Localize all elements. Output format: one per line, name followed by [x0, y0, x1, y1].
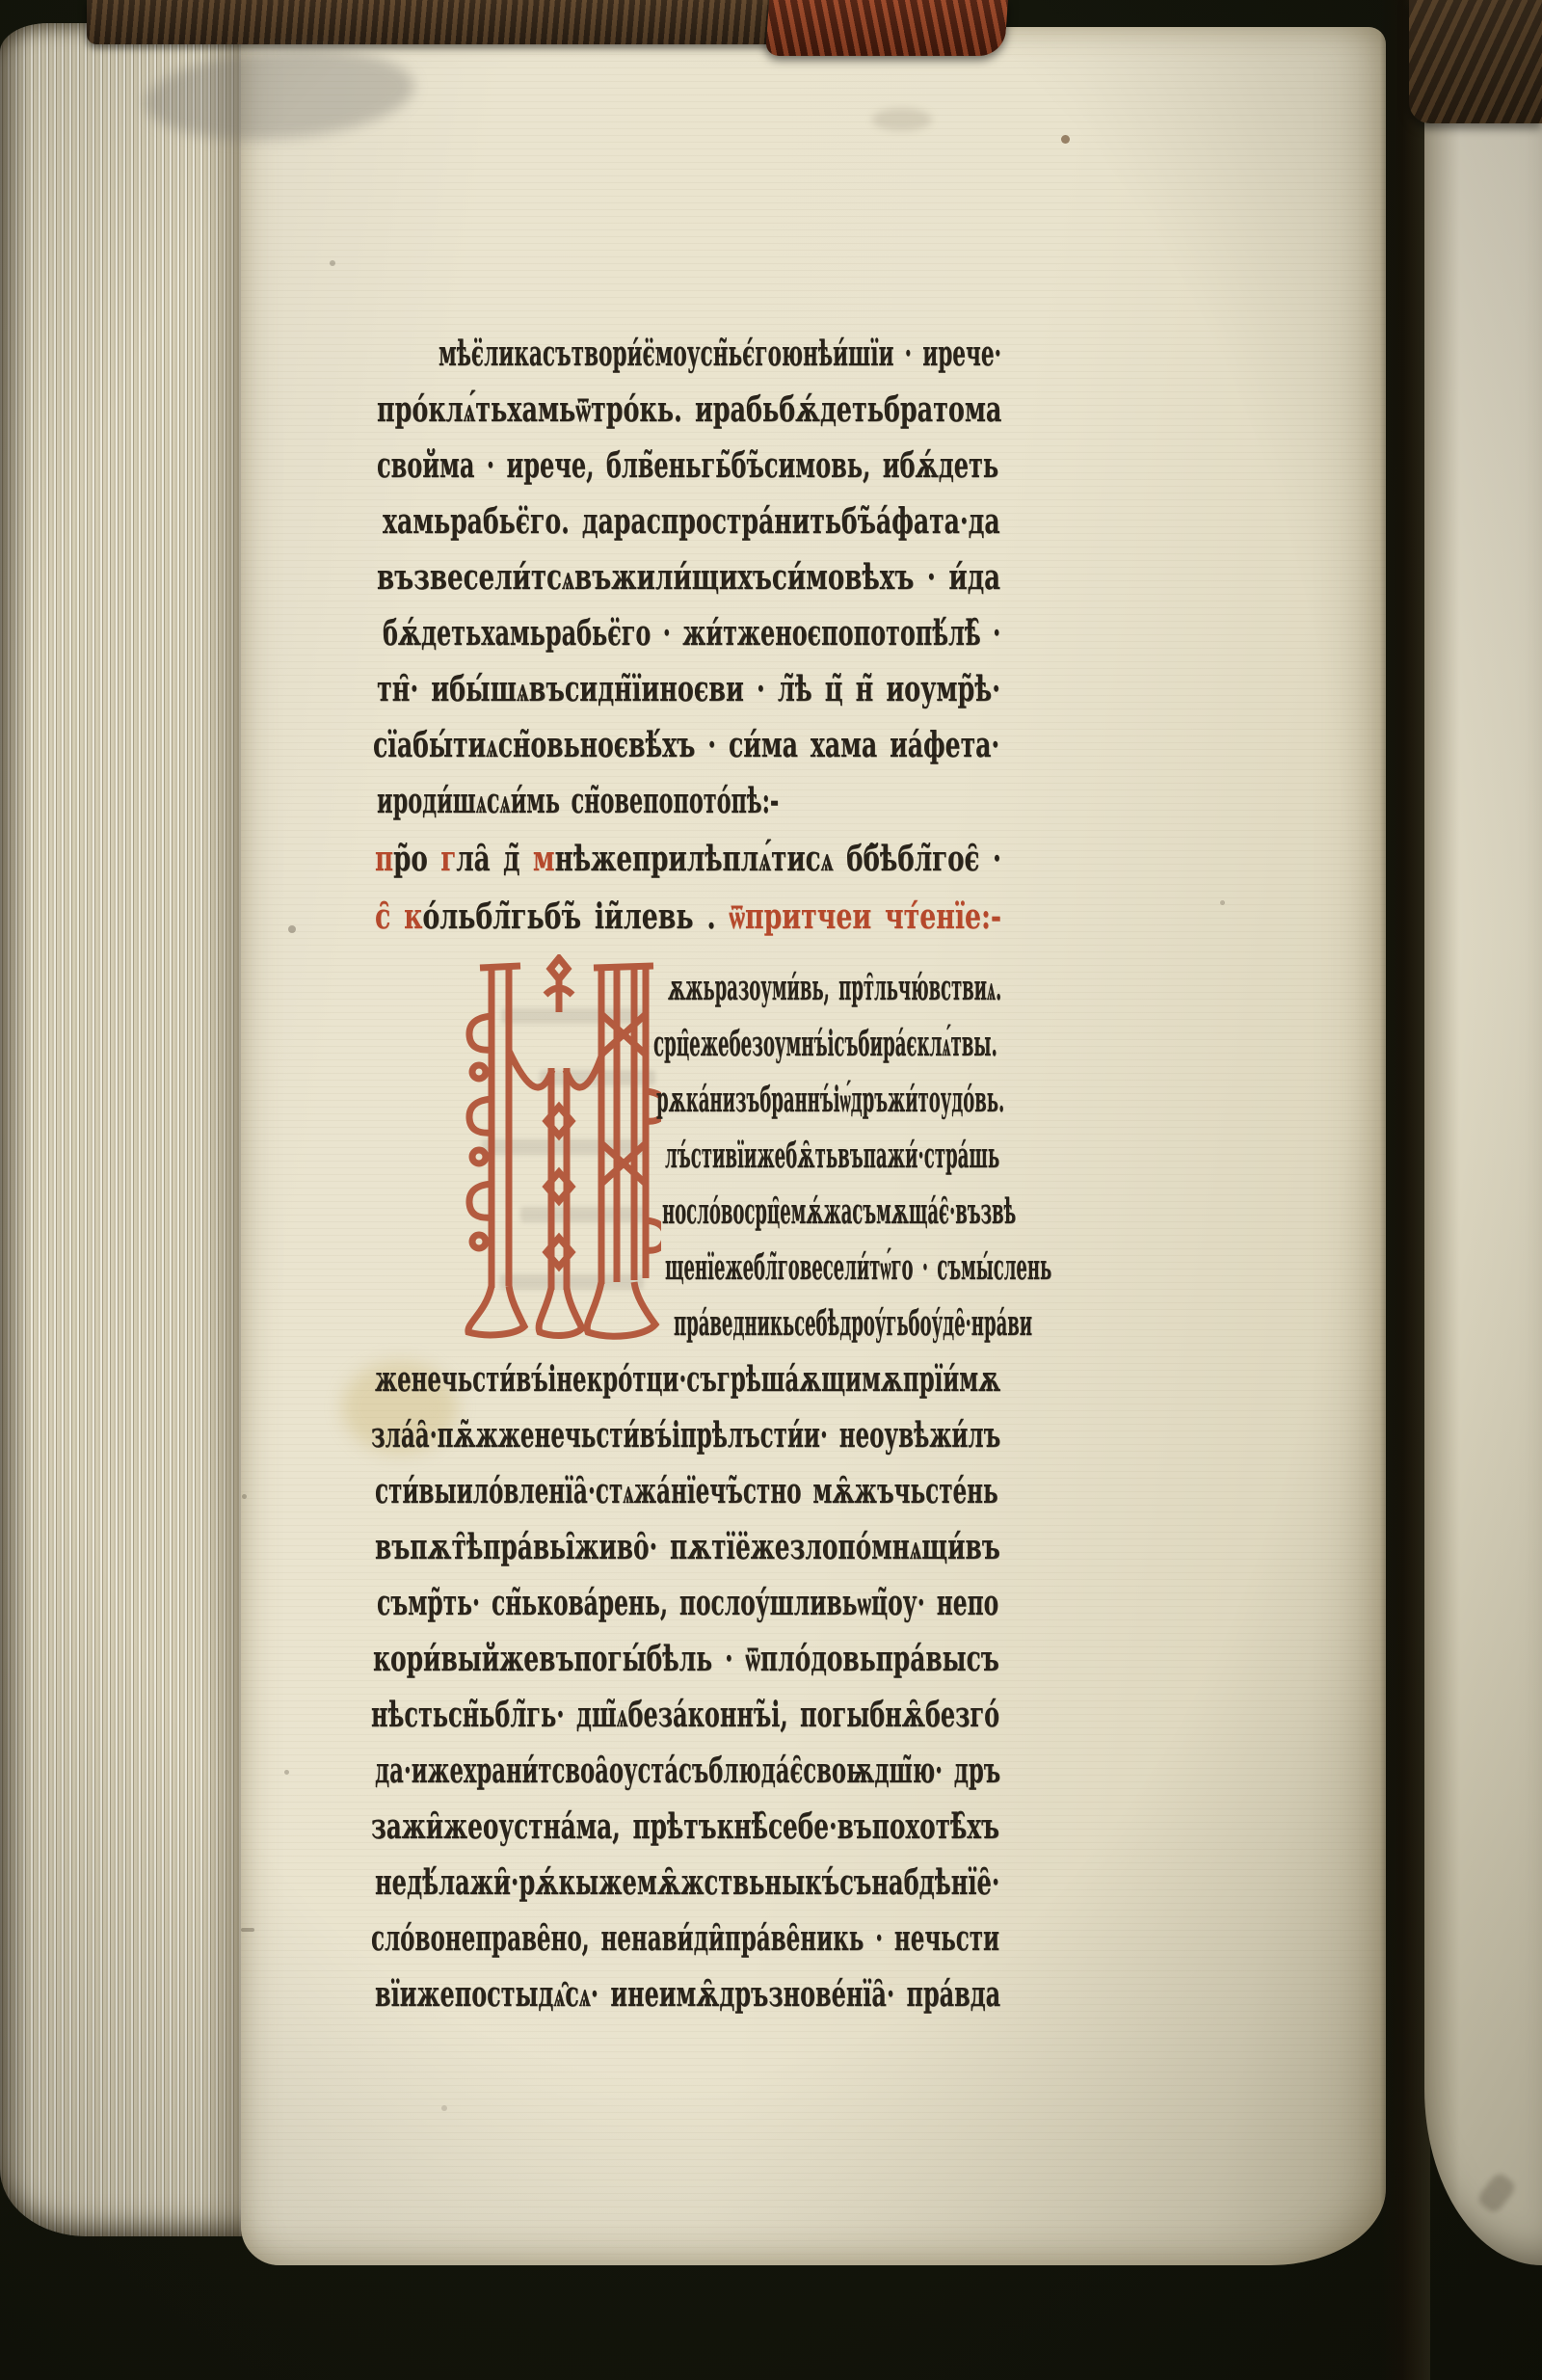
body-text: да·ижехрани́тсвоа̑оуста́съблюда́є̑своѭдш…	[375, 1751, 1000, 1791]
body-text: о́льбл̃гьбъ̃ іи̃левь .	[422, 896, 729, 937]
rubric-text: ѿпритчеи чт́енїе:-	[729, 896, 1001, 937]
text-line: тн̑· ибы́шѧвъсидн̃їиноєви · л̃ѣ ц̃ н̃ ио…	[377, 669, 1000, 709]
body-text: нѣстьсн̃ьбл̃гь· дш̃ѧбеза́коннъ̃і, погыбн…	[371, 1695, 999, 1735]
body-text: лъ́стивїижебѫ̑тьвъпажи́·стра́шь	[665, 1136, 999, 1176]
book-photo: М мѣє̈ликасътвори́є̈моусн̃ьє́гоюнѣи́шїи …	[0, 0, 1542, 2380]
text-line: вїижепостыдѧ̑сѧ· инеимѫ̑дръзнове́нїа̑· п…	[375, 1974, 1000, 2015]
text-line: пр̃о гла̑ д̃ мнѣжеприлѣплѧ́тисѧ бб̃ѣбл̃г…	[375, 839, 1001, 879]
body-text: съмр̃ть· сн̃ькова́рень, послоу́шливьѡц̃о…	[377, 1583, 998, 1623]
text-line: въпѫт̑ѣпра́вьі̑живо̑· пѫтїёжезлопо́мнѧщи…	[375, 1527, 1000, 1567]
body-text: зла́а̑·пѫ̃жженечьсти́въ́іпрѣлъсти́и· нео…	[371, 1415, 1000, 1456]
text-line: зла́а̑·пѫ̃жженечьсти́въ́іпрѣлъсти́и· нео…	[371, 1415, 1000, 1456]
body-text: хамьрабьє̈го. дараспростра́нитьбъ̃а́фата…	[383, 501, 1000, 542]
text-line: ѫжьразоуми́вь, прт̑льчю́вствиѧ.	[668, 968, 1001, 1008]
body-text: сїабы́тиѧсн̃овьноєвѣ́хъ · си́ма хама иа́…	[373, 725, 999, 765]
text-line: про́клѧ́тьхамьѿтро́кь. ирабьбѫ́детьбрато…	[377, 389, 1001, 430]
text-line: носло́восрц̑емѫ́жасъмѫща́є̑·възвѣ	[662, 1191, 1016, 1232]
text-line: сло́вонеправе̑но, ненави́ди̑пра́ве̑никь …	[371, 1918, 999, 1959]
body-text: свойма · ирече, блв̃еньгь̃бъ̃симовь, ибѫ…	[377, 445, 998, 486]
text-line: срц̑ежебезоумнъ́ісъбира́єклѧ́твы.	[653, 1024, 997, 1064]
body-text: зажи̑жеоустна́ма, прѣтъкнѣ̑себе·въпохотѣ…	[371, 1806, 999, 1847]
text-line: нѣстьсн̃ьбл̃гь· дш̃ѧбеза́коннъ̃і, погыбн…	[371, 1695, 999, 1735]
body-text: рѫка́низъбраннъ́іѡ́дръжи́тоудо́вь.	[656, 1080, 1004, 1120]
rubric-text: м	[533, 839, 555, 879]
text-line: недѣ́лажи̑·рѫ́кыжемѫ̑жствьныкъ́сънабдѣнї…	[375, 1862, 999, 1903]
body-text: щенїежебл̃говесели́тѡ́го · съмы́слень	[665, 1247, 1051, 1288]
text-line: щенїежебл̃говесели́тѡ́го · съмы́слень	[665, 1247, 1051, 1288]
text-line: хамьрабьє̈го. дараспростра́нитьбъ̃а́фата…	[383, 501, 1000, 542]
body-text: вїижепостыдѧ̑сѧ· инеимѫ̑дръзнове́нїа̑· п…	[375, 1974, 1000, 2015]
rubric-text: п	[375, 839, 393, 879]
text-line: мѣє̈ликасътвори́є̈моусн̃ьє́гоюнѣи́шїи · …	[439, 334, 1001, 374]
body-text: недѣ́лажи̑·рѫ́кыжемѫ̑жствьныкъ́сънабдѣнї…	[375, 1862, 999, 1903]
text-line: лъ́стивїижебѫ̑тьвъпажи́·стра́шь	[665, 1136, 999, 1176]
text-block: мѣє̈ликасътвори́є̈моусн̃ьє́гоюнѣи́шїи · …	[0, 0, 1542, 2380]
rubric-text: с̑	[375, 896, 404, 937]
body-text: ироди́шѧсѧи́мь сн̃овепопото́пѣ:-	[377, 781, 779, 821]
text-line: зажи̑жеоустна́ма, прѣтъкнѣ̑себе·въпохотѣ…	[371, 1806, 999, 1847]
text-line: пра́ведникьсебѣдроу́гьбоу́де̑·нра́ви	[674, 1303, 1032, 1344]
body-text: срц̑ежебезоумнъ́ісъбира́єклѧ́твы.	[653, 1024, 997, 1064]
text-line: възвесели́тсѧвъжили́щихъси́мовѣхъ · и́да	[377, 557, 1000, 598]
text-line: бѫ́детьхамьрабьє̈го · жи́тженоєпопотопѣ́…	[383, 613, 1000, 654]
body-text: мѣє̈ликасътвори́є̈моусн̃ьє́гоюнѣи́шїи · …	[439, 334, 1001, 374]
body-text: р̃о	[393, 839, 440, 879]
body-text: сти́выило́вленїа̑·стѧжа́нїечъ̃стно мѫ̑жъ…	[375, 1471, 998, 1511]
text-line: съмр̃ть· сн̃ькова́рень, послоу́шливьѡц̃о…	[377, 1583, 998, 1623]
text-line: ироди́шѧсѧи́мь сн̃овепопото́пѣ:-	[377, 781, 779, 821]
body-text: възвесели́тсѧвъжили́щихъси́мовѣхъ · и́да	[377, 557, 1000, 598]
body-text: про́клѧ́тьхамьѿтро́кь. ирабьбѫ́детьбрато…	[377, 389, 1001, 430]
text-line: женечьсти́въ́інекро́тци·съгрѣша́ѫщимѫпрї…	[375, 1359, 1000, 1400]
text-line: сти́выило́вленїа̑·стѧжа́нїечъ̃стно мѫ̑жъ…	[375, 1471, 998, 1511]
body-text: бѫ́детьхамьрабьє̈го · жи́тженоєпопотопѣ́…	[383, 613, 1000, 654]
text-line: свойма · ирече, блв̃еньгь̃бъ̃симовь, ибѫ…	[377, 445, 998, 486]
body-text: кори́выйжевъпогы́бѣль · ѿпло́довьпра́выс…	[373, 1639, 999, 1679]
text-line: сїабы́тиѧсн̃овьноєвѣ́хъ · си́ма хама иа́…	[373, 725, 999, 765]
body-text: женечьсти́въ́інекро́тци·съгрѣша́ѫщимѫпрї…	[375, 1359, 1000, 1400]
body-text: д̃	[503, 839, 533, 879]
body-text: ѫжьразоуми́вь, прт̑льчю́вствиѧ.	[668, 968, 1001, 1008]
rubric-text: г	[440, 839, 456, 879]
body-text: въпѫт̑ѣпра́вьі̑живо̑· пѫтїёжезлопо́мнѧщи…	[375, 1527, 1000, 1567]
body-text: тн̑· ибы́шѧвъсидн̃їиноєви · л̃ѣ ц̃ н̃ ио…	[377, 669, 1000, 709]
body-text: носло́восрц̑емѫ́жасъмѫща́є̑·възвѣ	[662, 1191, 1016, 1232]
body-text: сло́вонеправе̑но, ненави́ди̑пра́ве̑никь …	[371, 1918, 999, 1959]
text-line: да·ижехрани́тсвоа̑оуста́съблюда́є̑своѭдш…	[375, 1751, 1000, 1791]
body-text: нѣжеприлѣплѧ́тисѧ бб̃ѣбл̃гоє̑ ·	[555, 839, 1001, 879]
text-line: с̑ ко́льбл̃гьбъ̃ іи̃левь . ѿпритчеи чт́е…	[375, 896, 1001, 937]
body-text: ла̑	[456, 839, 503, 879]
text-line: кори́выйжевъпогы́бѣль · ѿпло́довьпра́выс…	[373, 1639, 999, 1679]
text-line: рѫка́низъбраннъ́іѡ́дръжи́тоудо́вь.	[656, 1080, 1004, 1120]
rubric-text: к	[404, 896, 422, 937]
body-text: пра́ведникьсебѣдроу́гьбоу́де̑·нра́ви	[674, 1303, 1032, 1344]
